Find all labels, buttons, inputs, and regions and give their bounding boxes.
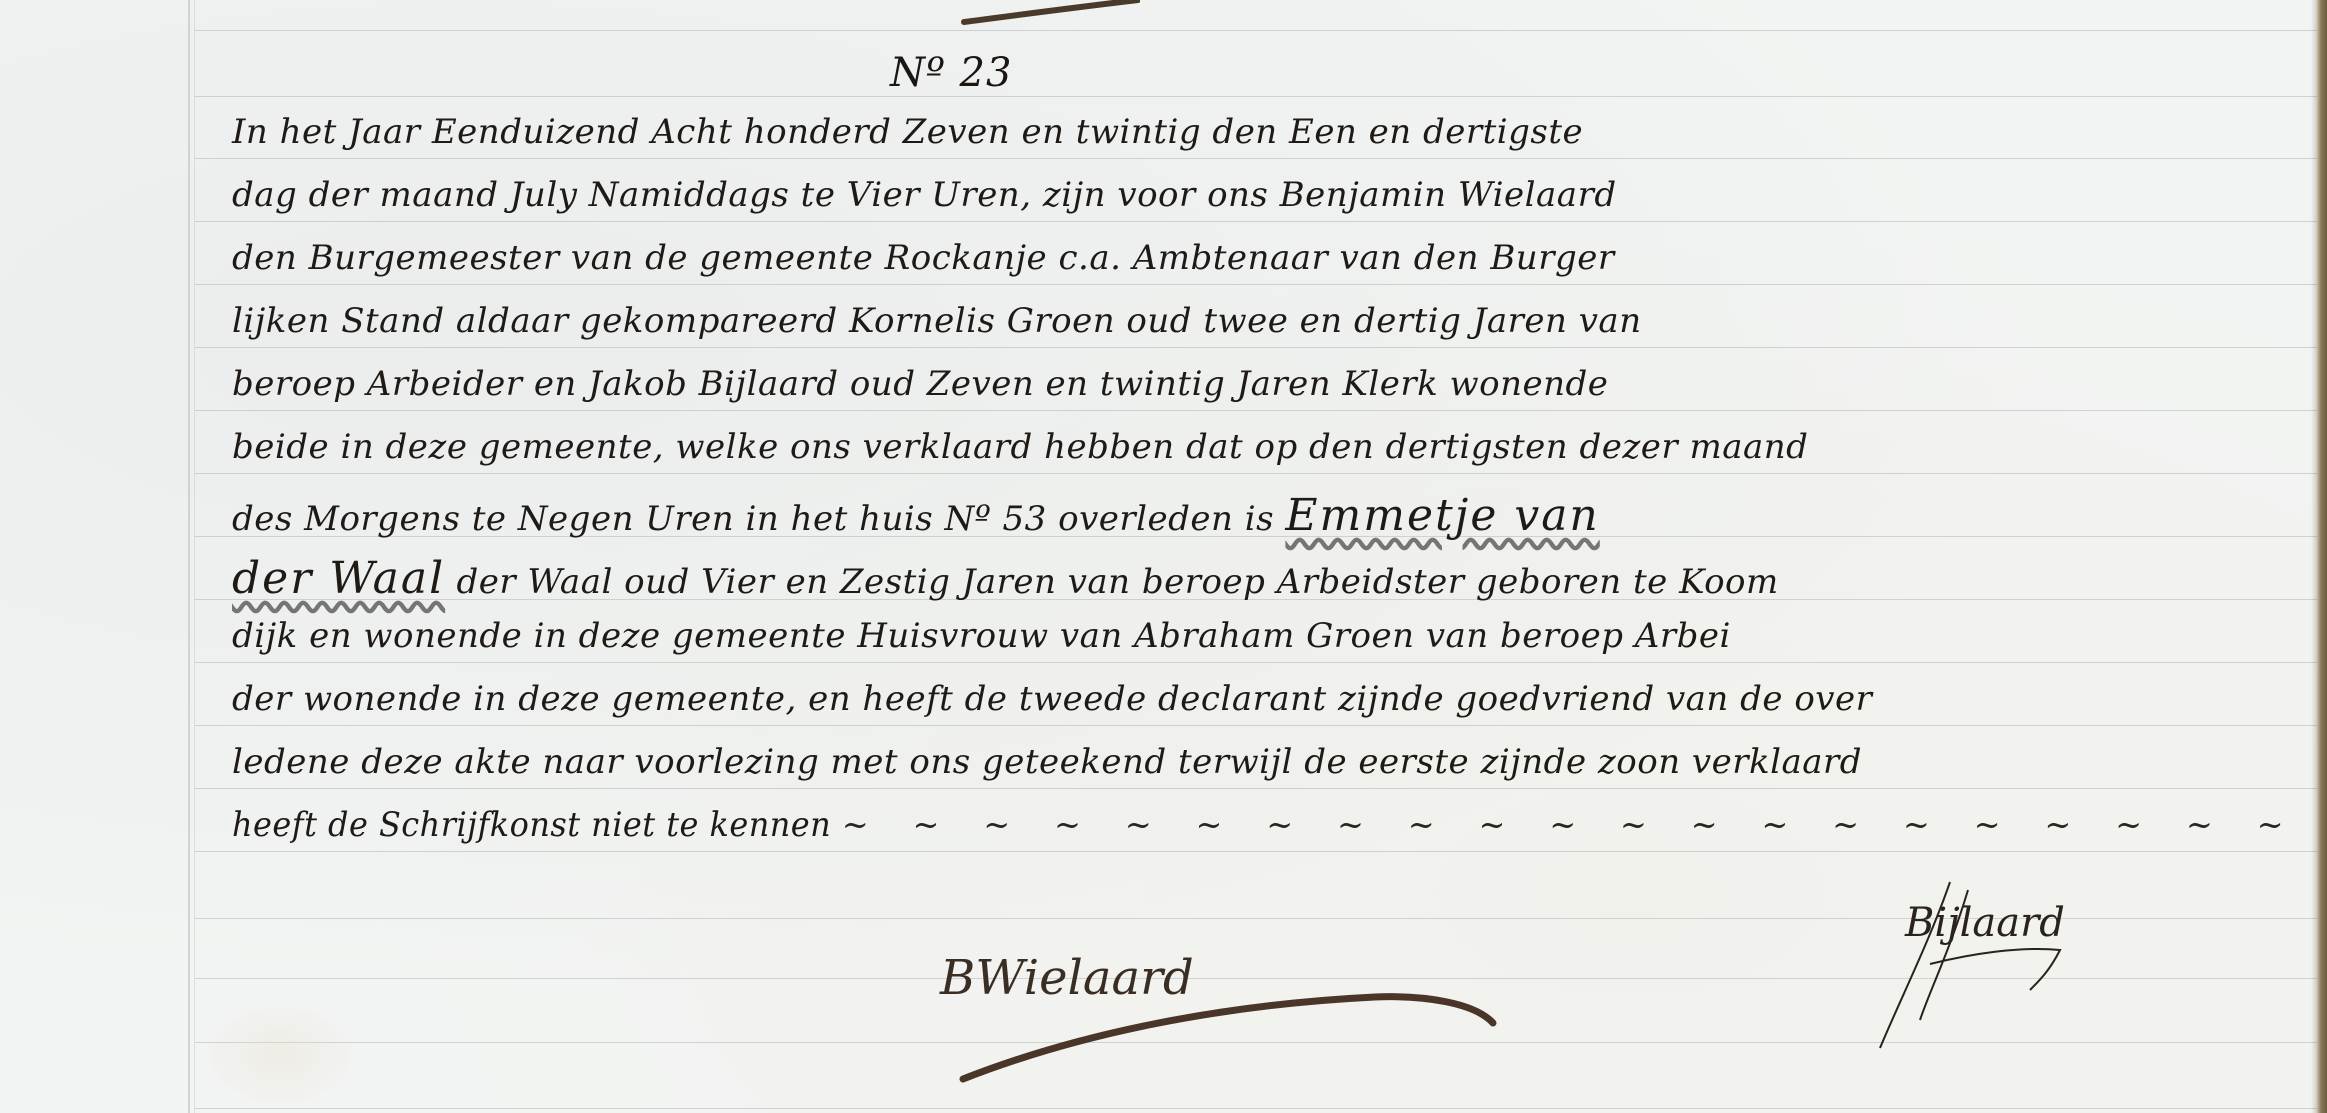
rule-line	[195, 473, 2317, 474]
text-line-7: des Morgens te Negen Uren in het huis Nº…	[232, 490, 1600, 541]
margin-rule-inner	[194, 0, 195, 1113]
text-line-10: der wonende in deze gemeente, en heeft d…	[232, 679, 1872, 719]
signature-declarant: Bijlaard	[1905, 900, 2065, 946]
rule-line	[195, 851, 2317, 852]
record-number: Nº 23	[890, 50, 1012, 96]
text-line-5: beroep Arbeider en Jakob Bijlaard oud Ze…	[232, 364, 1608, 404]
text-line-9: dijk en wonende in deze gemeente Huisvro…	[232, 616, 1731, 656]
paper-stain	[200, 1000, 360, 1110]
text-line-6: beide in deze gemeente, welke ons verkla…	[232, 427, 1808, 467]
text-line-12: heeft de Schrijfkonst niet te kennen ~ ~…	[232, 805, 2300, 845]
rule-line	[195, 1108, 2317, 1109]
rule-line	[195, 158, 2317, 159]
deceased-name-last: der Waal	[232, 553, 445, 604]
rule-line	[195, 284, 2317, 285]
text-line-8-body: der Waal oud Vier en Zestig Jaren van be…	[456, 562, 1778, 602]
rule-line	[195, 725, 2317, 726]
rule-line	[195, 221, 2317, 222]
text-line-8: der Waal der Waal oud Vier en Zestig Jar…	[232, 553, 1779, 604]
margin-rule	[188, 0, 190, 1113]
page-edge	[2317, 0, 2327, 1113]
deceased-name-first: Emmetje van	[1285, 490, 1599, 541]
text-line-12-body: heeft de Schrijfkonst niet te kennen	[232, 805, 831, 845]
rule-line	[195, 30, 2317, 31]
text-line-1: In het Jaar Eenduizend Acht honderd Zeve…	[232, 112, 1583, 152]
rule-line	[195, 788, 2317, 789]
text-line-7-body: des Morgens te Negen Uren in het huis Nº…	[232, 499, 1274, 539]
signature-flourish	[955, 975, 1535, 1085]
document-page: Nº 23 In het Jaar Eenduizend Acht honder…	[0, 0, 2327, 1113]
rule-line	[195, 662, 2317, 663]
text-line-3: den Burgemeester van de gemeente Rockanj…	[232, 238, 1615, 278]
rule-line	[195, 410, 2317, 411]
text-line-4: lijken Stand aldaar gekompareerd Korneli…	[232, 301, 1642, 341]
rule-line	[195, 347, 2317, 348]
text-line-2: dag der maand July Namiddags te Vier Ure…	[232, 175, 1617, 215]
top-flourish-stroke	[960, 0, 1140, 26]
line-fill-dashes: ~ ~ ~ ~ ~ ~ ~ ~ ~ ~ ~ ~ ~ ~ ~ ~ ~ ~ ~ ~ …	[842, 805, 2301, 845]
rule-line	[195, 96, 2317, 97]
text-line-11: ledene deze akte naar voorlezing met ons…	[232, 742, 1862, 782]
